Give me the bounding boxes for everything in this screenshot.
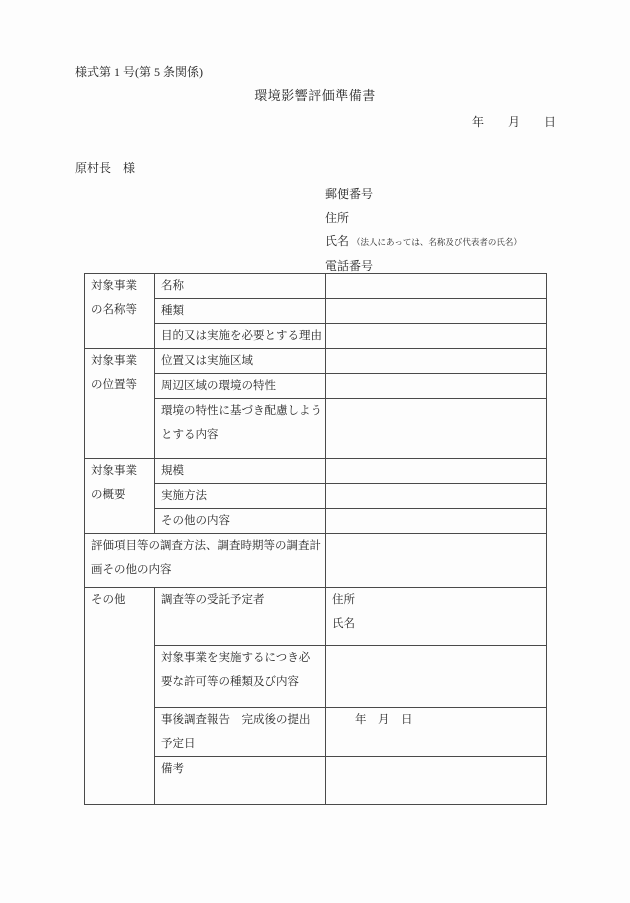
row-label-cell: 規模 — [155, 459, 326, 484]
table-row: 事後調査報告 完成後の提出 予定日 年 月 日 — [85, 708, 547, 757]
row-label-cell: 実施方法 — [155, 484, 326, 509]
row-label-cell: 周辺区域の環境の特性 — [155, 374, 326, 399]
row-value-cell — [326, 646, 547, 708]
row-value-cell — [326, 509, 547, 534]
row-value-cell: 年 月 日 — [326, 708, 547, 757]
sender-block: 郵便番号 住所 氏名（法人にあっては、名称及び代表者の氏名） 電話番号 — [325, 183, 522, 278]
table-row: 周辺区域の環境の特性 — [85, 374, 547, 399]
row-value-cell — [326, 484, 547, 509]
row-label-cell: 位置又は実施区域 — [155, 349, 326, 374]
table-row: 対象事業を実施するにつき必 要な許可等の種類及び内容 — [85, 646, 547, 708]
postal-code-label: 郵便番号 — [325, 183, 522, 207]
group-label-cell: 対象事業 の位置等 — [85, 349, 155, 459]
table-row: 対象事業 の概要 規模 — [85, 459, 547, 484]
row-label-cell: 目的又は実施を必要とする理由 — [155, 324, 326, 349]
table-row: 目的又は実施を必要とする理由 — [85, 324, 547, 349]
name-label: 氏名 — [325, 234, 349, 248]
row-label-cell: 種類 — [155, 299, 326, 324]
row-label-cell: 名称 — [155, 274, 326, 299]
table-row: その他 調査等の受託予定者 住所 氏名 — [85, 588, 547, 646]
row-value-cell — [326, 324, 547, 349]
row-value-cell — [326, 299, 547, 324]
name-label-line: 氏名（法人にあっては、名称及び代表者の氏名） — [325, 230, 522, 255]
row-value-cell — [326, 534, 547, 588]
row-label-cell: 環境の特性に基づき配慮しよう とする内容 — [155, 399, 326, 459]
group-label-cell: その他 — [85, 588, 155, 805]
form-table: 対象事業 の名称等 名称 種類 目的又は実施を必要とする理由 対象事業 の位置等… — [84, 273, 547, 805]
table-row: 対象事業 の名称等 名称 — [85, 274, 547, 299]
row-value-cell — [326, 459, 547, 484]
table-row: 種類 — [85, 299, 547, 324]
row-label-cell: 対象事業を実施するにつき必 要な許可等の種類及び内容 — [155, 646, 326, 708]
table-row: その他の内容 — [85, 509, 547, 534]
group-label-cell: 対象事業 の概要 — [85, 459, 155, 534]
table-row: 環境の特性に基づき配慮しよう とする内容 — [85, 399, 547, 459]
row-value-cell — [326, 399, 547, 459]
row-value-cell: 住所 氏名 — [326, 588, 547, 646]
name-note: （法人にあっては、名称及び代表者の氏名） — [352, 237, 522, 247]
row-value-cell — [326, 274, 547, 299]
group-label-cell: 対象事業 の名称等 — [85, 274, 155, 349]
document-page: 様式第 1 号(第 5 条関係) 環境影響評価準備書 年 月 日 原村長 様 郵… — [0, 0, 630, 903]
addressee: 原村長 様 — [75, 158, 135, 178]
date-line: 年 月 日 — [472, 112, 556, 132]
row-label-cell: 備考 — [155, 757, 326, 805]
document-title: 環境影響評価準備書 — [0, 86, 630, 106]
table-row: 備考 — [85, 757, 547, 805]
row-value-cell — [326, 349, 547, 374]
form-number: 様式第 1 号(第 5 条関係) — [75, 62, 203, 82]
row-label-cell: 調査等の受託予定者 — [155, 588, 326, 646]
table-row: 対象事業 の位置等 位置又は実施区域 — [85, 349, 547, 374]
table-row: 評価項目等の調査方法、調査時期等の調査計 画その他の内容 — [85, 534, 547, 588]
address-label: 住所 — [325, 207, 522, 231]
row-label-cell: その他の内容 — [155, 509, 326, 534]
row-value-cell — [326, 757, 547, 805]
table-row: 実施方法 — [85, 484, 547, 509]
row-value-cell — [326, 374, 547, 399]
span-label-cell: 評価項目等の調査方法、調査時期等の調査計 画その他の内容 — [85, 534, 326, 588]
row-label-cell: 事後調査報告 完成後の提出 予定日 — [155, 708, 326, 757]
